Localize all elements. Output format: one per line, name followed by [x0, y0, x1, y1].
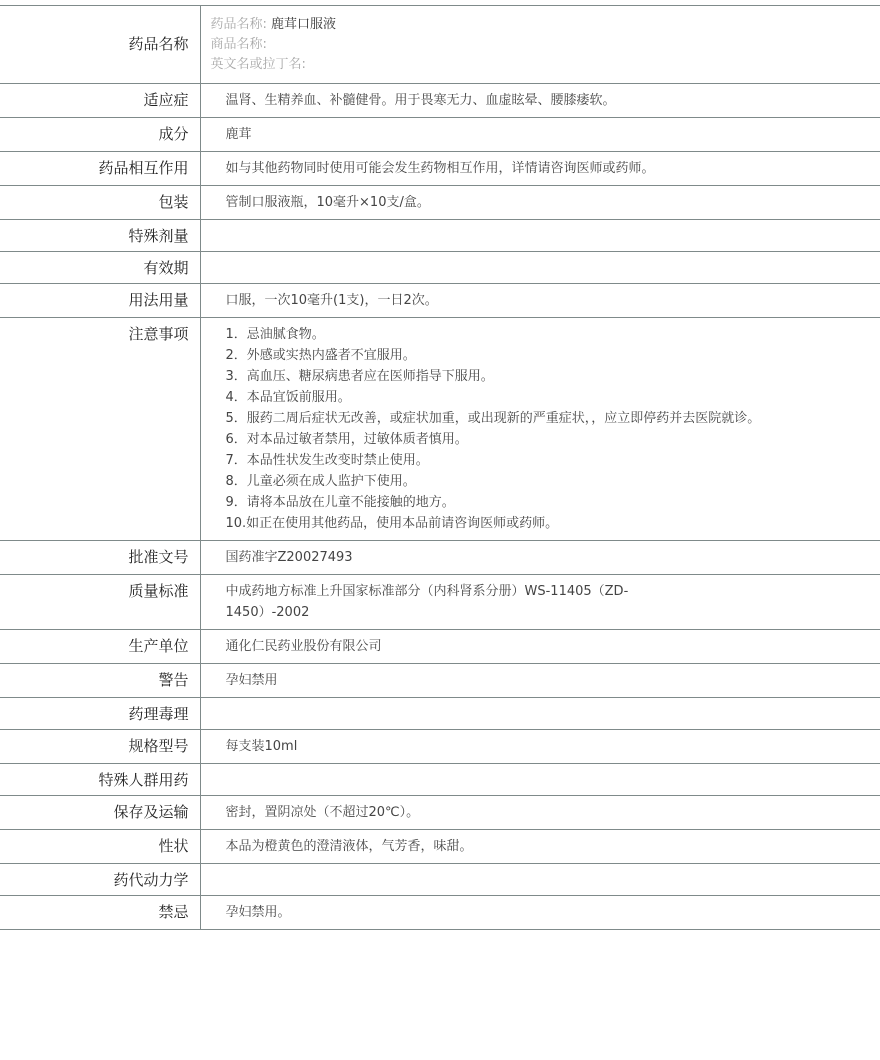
row-contraindications: 禁忌孕妇禁用。	[0, 896, 880, 930]
generic-name-line: 药品名称: 鹿茸口服液	[211, 15, 871, 35]
english-name-key: 英文名或拉丁名:	[211, 57, 306, 72]
row-label: 药代动力学	[0, 864, 189, 890]
row-label: 适应症	[0, 84, 189, 110]
row-label: 质量标准	[0, 575, 189, 601]
precaution-item: 2．外感或实热内盛者不宜服用。	[226, 345, 786, 366]
generic-name-key: 药品名称:	[211, 17, 267, 32]
row-value: 孕妇禁用。	[200, 896, 880, 930]
drug-spec-table: 药品名称 药品名称: 鹿茸口服液 商品名称: 英文名或拉丁名: 适应症温肾、生精…	[0, 5, 880, 930]
row-manufacturer: 生产单位通化仁民药业股份有限公司	[0, 630, 880, 664]
row-label: 批准文号	[0, 541, 189, 567]
generic-name-value: 鹿茸口服液	[271, 17, 336, 32]
row-value: 孕妇禁用	[200, 664, 880, 698]
row-value	[200, 698, 880, 730]
label-cell: 生产单位	[0, 630, 200, 664]
row-special-population: 特殊人群用药	[0, 764, 880, 796]
row-label: 警告	[0, 664, 189, 690]
row-specification: 规格型号每支装10ml	[0, 730, 880, 764]
label-cell: 适应症	[0, 84, 200, 118]
row-value	[200, 864, 880, 896]
precaution-item: 5．服药二周后症状无改善，或症状加重，或出现新的严重症状，，应立即停药并去医院就…	[226, 408, 786, 429]
row-label: 生产单位	[0, 630, 189, 656]
row-label: 规格型号	[0, 730, 189, 756]
trade-name-key: 商品名称:	[211, 37, 267, 52]
row-value	[200, 252, 880, 284]
label-cell: 性状	[0, 830, 200, 864]
row-value: 每支装10ml	[200, 730, 880, 764]
row-label: 用法用量	[0, 284, 189, 310]
value-cell: 药品名称: 鹿茸口服液 商品名称: 英文名或拉丁名:	[200, 6, 880, 84]
row-label: 特殊人群用药	[0, 764, 189, 790]
label-cell: 批准文号	[0, 541, 200, 575]
row-label: 包装	[0, 186, 189, 212]
row-label: 药品名称	[0, 6, 189, 54]
row-storage: 保存及运输密封，置阴凉处（不超过20℃）。	[0, 796, 880, 830]
row-value: 中成药地方标准上升国家标准部分（内科肾系分册）WS-11405（ZD-1450）…	[200, 575, 880, 630]
row-label: 药品相互作用	[0, 152, 189, 178]
label-cell: 药品名称	[0, 6, 200, 84]
row-label: 保存及运输	[0, 796, 189, 822]
label-cell: 特殊剂量	[0, 220, 200, 252]
row-label: 特殊剂量	[0, 220, 189, 246]
label-cell: 注意事项	[0, 318, 200, 541]
label-cell: 禁忌	[0, 896, 200, 930]
label-cell: 药理毒理	[0, 698, 200, 730]
row-ingredients: 成分鹿茸	[0, 118, 880, 152]
label-cell: 保存及运输	[0, 796, 200, 830]
row-description: 性状本品为橙黄色的澄清液体，气芳香，味甜。	[0, 830, 880, 864]
row-value: 密封，置阴凉处（不超过20℃）。	[200, 796, 880, 830]
label-cell: 用法用量	[0, 284, 200, 318]
row-special-dosage: 特殊剂量	[0, 220, 880, 252]
precaution-item: 1．忌油腻食物。	[226, 324, 786, 345]
precaution-item: 8．儿童必须在成人监护下使用。	[226, 471, 786, 492]
row-label: 禁忌	[0, 896, 189, 922]
row-label: 成分	[0, 118, 189, 144]
row-label: 药理毒理	[0, 698, 189, 724]
row-value: 通化仁民药业股份有限公司	[200, 630, 880, 664]
row-value: 口服，一次10毫升(1支)，一日2次。	[200, 284, 880, 318]
row-label: 注意事项	[0, 318, 189, 344]
label-cell: 成分	[0, 118, 200, 152]
precaution-item: 4．本品宜饭前服用。	[226, 387, 786, 408]
english-name-line: 英文名或拉丁名:	[211, 55, 871, 75]
row-precautions: 注意事项 1．忌油腻食物。 2．外感或实热内盛者不宜服用。 3．高血压、糖尿病患…	[0, 318, 880, 541]
row-value: 管制口服液瓶，10毫升×10支/盒。	[200, 186, 880, 220]
row-pharmacokinetics: 药代动力学	[0, 864, 880, 896]
label-cell: 药品相互作用	[0, 152, 200, 186]
precaution-item: 6．对本品过敏者禁用，过敏体质者慎用。	[226, 429, 786, 450]
row-drug-name: 药品名称 药品名称: 鹿茸口服液 商品名称: 英文名或拉丁名:	[0, 6, 880, 84]
row-packaging: 包装管制口服液瓶，10毫升×10支/盒。	[0, 186, 880, 220]
row-value: 如与其他药物同时使用可能会发生药物相互作用，详情请咨询医师或药师。	[200, 152, 880, 186]
row-expiry: 有效期	[0, 252, 880, 284]
label-cell: 规格型号	[0, 730, 200, 764]
label-cell: 包装	[0, 186, 200, 220]
row-value: 本品为橙黄色的澄清液体，气芳香，味甜。	[200, 830, 880, 864]
row-value: 温肾、生精养血、补髓健骨。用于畏寒无力、血虚眩晕、腰膝痿软。	[200, 84, 880, 118]
precautions-list: 1．忌油腻食物。 2．外感或实热内盛者不宜服用。 3．高血压、糖尿病患者应在医师…	[200, 318, 880, 541]
row-indications: 适应症温肾、生精养血、补髓健骨。用于畏寒无力、血虚眩晕、腰膝痿软。	[0, 84, 880, 118]
precaution-item: 7．本品性状发生改变时禁止使用。	[226, 450, 786, 471]
label-cell: 有效期	[0, 252, 200, 284]
row-interactions: 药品相互作用如与其他药物同时使用可能会发生药物相互作用，详情请咨询医师或药师。	[0, 152, 880, 186]
row-value	[200, 764, 880, 796]
label-cell: 质量标准	[0, 575, 200, 630]
label-cell: 特殊人群用药	[0, 764, 200, 796]
row-value	[200, 220, 880, 252]
label-cell: 药代动力学	[0, 864, 200, 896]
row-warning: 警告孕妇禁用	[0, 664, 880, 698]
trade-name-line: 商品名称:	[211, 35, 871, 55]
row-quality-standard: 质量标准中成药地方标准上升国家标准部分（内科肾系分册）WS-11405（ZD-1…	[0, 575, 880, 630]
row-value: 鹿茸	[200, 118, 880, 152]
row-label: 有效期	[0, 252, 189, 278]
precaution-item: 9．请将本品放在儿童不能接触的地方。	[226, 492, 786, 513]
row-dosage: 用法用量口服，一次10毫升(1支)，一日2次。	[0, 284, 880, 318]
label-cell: 警告	[0, 664, 200, 698]
row-value: 国药准字Z20027493	[200, 541, 880, 575]
row-pharmacology: 药理毒理	[0, 698, 880, 730]
row-label: 性状	[0, 830, 189, 856]
precaution-item: 10.如正在使用其他药品，使用本品前请咨询医师或药师。	[226, 513, 786, 534]
precaution-item: 3．高血压、糖尿病患者应在医师指导下服用。	[226, 366, 786, 387]
row-approval-number: 批准文号国药准字Z20027493	[0, 541, 880, 575]
